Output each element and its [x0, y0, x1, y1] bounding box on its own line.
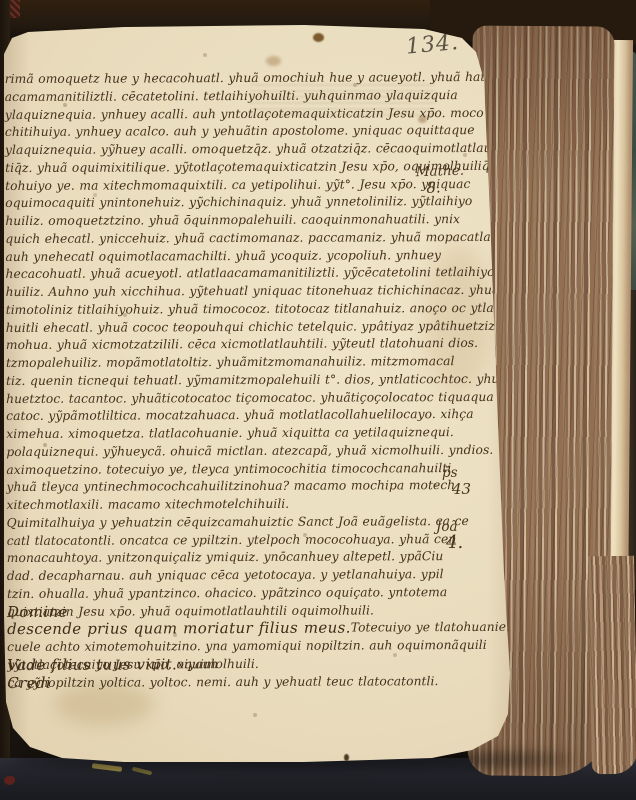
manuscript-line: yỹtotlaçotecuiyo Jesu xp̄o. oquimolhuili… — [7, 655, 485, 675]
manuscript-line: huitli ehecatl. yhuã cococ teopouhqui c… — [6, 317, 484, 337]
latin-phrase: descende prius quam moriatur filius meus… — [7, 619, 351, 638]
red-speck — [4, 776, 15, 785]
manuscript-page: 134. rimã omoquetz hue y hecacohuatl. y… — [4, 14, 518, 766]
manuscript-line: polaquiznequi. yỹhueycã. ohuicã mictla… — [6, 442, 484, 462]
manuscript-text: rimã omoquetz hue y hecacohuatl. yhuã … — [5, 69, 486, 692]
manuscript-line: tzin. ohualla. yhuã ypantzinco. ohacico… — [7, 584, 485, 604]
manuscript-line: quixtiatzin Jesu xp̄o. yhuã oquimotlatl… — [7, 601, 485, 621]
manuscript-line: acamamanitiliztli. cēcatetolini. tetlai… — [5, 87, 483, 107]
nahuatl-text: quixtiatzin Jesu xp̄o. yhuã oquimotlatl… — [7, 602, 374, 621]
manuscript-line: xitechmotlaxili. macamo xitechmotelchihu… — [7, 495, 485, 515]
manuscript-line: tiz. quenin ticnequi tehuatl. yỹmamitzmo… — [6, 371, 484, 391]
manuscript-line: huiliz. omoquetztzino. yhuã ōquinmopal… — [5, 211, 483, 231]
manuscript-line: ca yỹnopiltzin yoltica. yoltoc. nemi. au… — [7, 672, 485, 692]
book-fore-edge-lower — [588, 556, 636, 775]
manuscript-line: aximoquetzino. totecuiyo ye, tleyca ynti… — [6, 459, 484, 479]
manuscript-line: huiliz. Auhno yuh xicchihua. yỹtehuatl y… — [6, 282, 484, 302]
margin-note-chapter: 8. — [416, 178, 487, 196]
nahuatl-text: yỹtotlaçotecuiyo Jesu xp̄o. oquimolhuili… — [7, 656, 259, 675]
manuscript-line: oquimocaquiti ynintonehuiz. yỹchichinaqu… — [5, 193, 483, 213]
manuscript-line: yhuã tleyca yntinechmocochcahuilitzinoh… — [6, 477, 484, 497]
manuscript-line: rimã omoquetz hue y hecacohuatl. yhuã … — [5, 69, 483, 89]
margin-note-john: Joã 4. — [436, 520, 506, 551]
manuscript-line: hecacohuatl. yhuã acueyotl. atlatlaacam… — [5, 264, 483, 284]
manuscript-line: ylaquiznequia. ynhuey acalli. auh yntotl… — [5, 104, 483, 124]
paper-stain — [344, 754, 349, 761]
manuscript-line: auh ynehecatl oquimotlacamachilti. yhuã… — [5, 246, 483, 266]
manuscript-line: quich ehecatl. yniccehuiz. yhuã cactimo… — [5, 229, 483, 249]
manuscript-photo: 134. rimã omoquetz hue y hecacohuatl. y… — [0, 0, 636, 800]
manuscript-line: chitihuiya. ynhuey acalco. auh y yehuãt… — [5, 122, 483, 142]
nahuatl-text: xiyauh — [177, 656, 218, 674]
manuscript-line: tohuiyo ye. ma xitechmomaquixtili. ca ye… — [5, 175, 483, 195]
manuscript-line: ylaquiznequia. yỹhuey acalli. omoquetzq̄… — [5, 140, 483, 160]
manuscript-line: tiq̄z. yhuã oquimixitilique. yỹtotlaçot… — [5, 158, 483, 178]
manuscript-line: catl tlatocatontli. oncatca ce ypiltzin.… — [7, 530, 485, 550]
margin-note-chapter: 4. — [436, 535, 506, 551]
manuscript-line: descende prius quam moriatur filius meus… — [7, 619, 485, 639]
manuscript-line: timotoliniz titlaihiyohuiz. yhuã timoco… — [6, 300, 484, 320]
margin-note-matthew: Mathe. 8. — [415, 163, 486, 196]
manuscript-line: mohua. yhuã xicmotzatzilili. cēca xicm… — [6, 335, 484, 355]
paper-stain — [313, 33, 324, 42]
manuscript-line: monacauhtoya. ynitzonquiçaliz ymiquiz. y… — [7, 548, 485, 568]
paper-stain — [266, 56, 281, 66]
manuscript-line: dad. decapharnau. auh yniquac cēca yeto… — [7, 566, 485, 586]
manuscript-line: huetztoc. tacantoc. yhuãticotocatoc tiç… — [6, 388, 484, 408]
nahuatl-text: ca yỹnopiltzin yoltica. yoltoc. nemi. au… — [7, 673, 438, 693]
manuscript-line: catoc. yỹpãmotliltica. mocatzahuaca. yhu… — [6, 406, 484, 426]
manuscript-line: tzmopalehuiliz. mopãmotlatoltiz. yhuãmi… — [6, 353, 484, 373]
manuscript-line: Quimitalhuiya y yehuatzin cēquizcamahui… — [7, 513, 485, 533]
manuscript-line: cuele achto ximotemohuitzino. yna yamomi… — [7, 637, 485, 657]
manuscript-line: ximehua. ximoquetza. tlatlacohuanie. yhu… — [6, 424, 484, 444]
